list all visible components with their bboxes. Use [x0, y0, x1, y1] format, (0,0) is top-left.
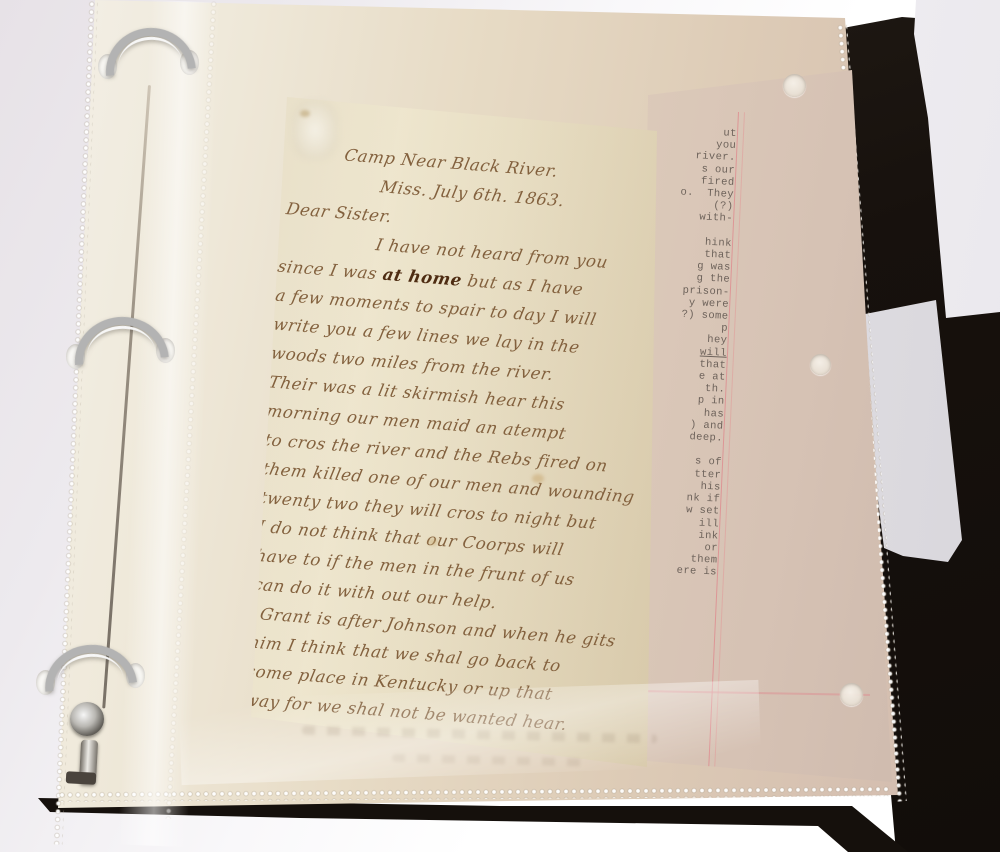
letter-stain: [300, 110, 310, 117]
photo-of-letter-in-binder: { "letter": { "lines": [ {"t": "Camp Nea…: [0, 0, 1000, 852]
hole-punch-middle: [810, 354, 831, 375]
hole-punch-top: [783, 74, 806, 97]
hole-punch-bottom: [840, 683, 863, 706]
handwritten-letter-page: Camp Near Black River.Miss. July 6th. 18…: [248, 92, 662, 776]
letter-stain: [428, 538, 438, 546]
ring-mechanism-base: [66, 771, 97, 785]
letter-lines: Camp Near Black River.Miss. July 6th. 18…: [244, 136, 659, 743]
letter-embossed-stamp: [292, 100, 338, 160]
ring-mechanism-boss: [70, 702, 104, 736]
letter-emphasized-words: at home: [381, 265, 464, 290]
letter-stain: [532, 474, 544, 483]
